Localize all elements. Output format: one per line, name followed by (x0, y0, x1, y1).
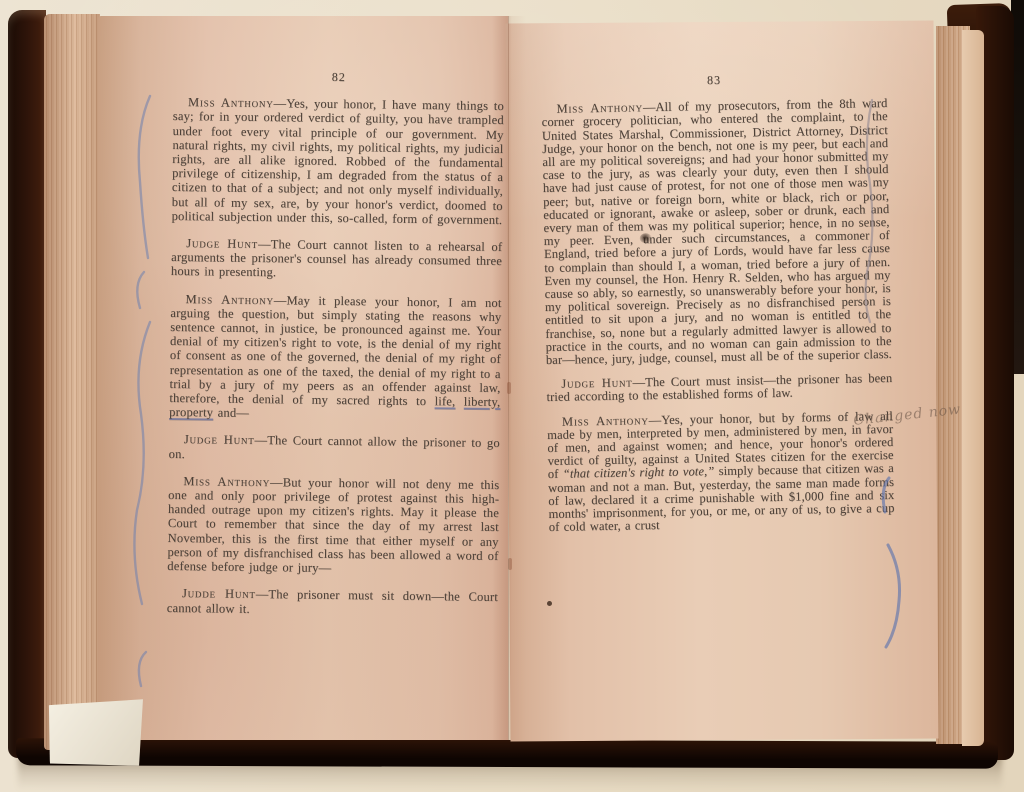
speaker-name: Judge Hunt (186, 236, 258, 251)
dialogue-paragraph: Miss Anthony—May it please your honor, I… (169, 292, 502, 424)
dialogue-paragraph: Judde Hunt—The prisoner must sit down—th… (167, 586, 498, 618)
page-number: 82 (173, 68, 504, 86)
book-cover-left (8, 10, 46, 758)
dialogue-paragraph: Judge Hunt—The Court must insist—the pri… (546, 372, 892, 404)
binding-stitch (508, 558, 512, 570)
dialogue-paragraph: Miss Anthony—Yes, your honor, I have man… (172, 95, 505, 227)
dialogue-paragraph: Judge Hunt—The Court cannot listen to a … (171, 236, 502, 283)
speaker-name: Judge Hunt (184, 433, 255, 448)
text-segment: under (643, 232, 672, 247)
right-page-edge-band (962, 30, 984, 746)
text-segment: life, (435, 394, 456, 408)
right-page-text: 83 Miss Anthony—All of my prosecutors, f… (541, 71, 895, 545)
text-segment: property (169, 405, 213, 420)
right-page-paragraphs: Miss Anthony—All of my prosecutors, from… (541, 97, 894, 534)
text-segment: such circumstances, a commoner of Englan… (544, 228, 892, 367)
left-page-text: 82 Miss Anthony—Yes, your honor, I have … (167, 68, 505, 632)
dialogue-paragraph: Miss Anthony—Yes, your honor, but by for… (547, 410, 895, 535)
binding-stitch (507, 382, 511, 394)
dialogue-paragraph: Miss Anthony—All of my prosecutors, from… (541, 97, 892, 367)
text-segment: and— (213, 406, 249, 420)
speaker-name: Miss Anthony (183, 474, 270, 489)
dialogue-paragraph: Miss Anthony—But your honor will not den… (167, 474, 499, 577)
speaker-name: Miss Anthony (188, 95, 274, 110)
text-segment: —But your honor will not deny me this on… (167, 475, 499, 575)
book-photo: 82 Miss Anthony—Yes, your honor, I have … (0, 0, 1024, 792)
text-segment: —Yes, your honor, I have many things to … (172, 96, 505, 226)
left-page-paragraphs: Miss Anthony—Yes, your honor, I have man… (167, 95, 504, 619)
dialogue-paragraph: Judge Hunt—The Court cannot allow the pr… (169, 432, 500, 464)
book-cover-bottom (16, 738, 998, 768)
text-segment: —May it please your honor, I am not argu… (169, 293, 501, 408)
text-segment: —All of my prosecutors, from the 8th war… (542, 96, 890, 248)
ink-dot (547, 601, 552, 606)
text-segment: liberty, (464, 395, 501, 409)
left-page-edges (44, 14, 100, 750)
speaker-name: Judde Hunt (182, 586, 256, 601)
speaker-name: Miss Anthony (186, 292, 274, 307)
